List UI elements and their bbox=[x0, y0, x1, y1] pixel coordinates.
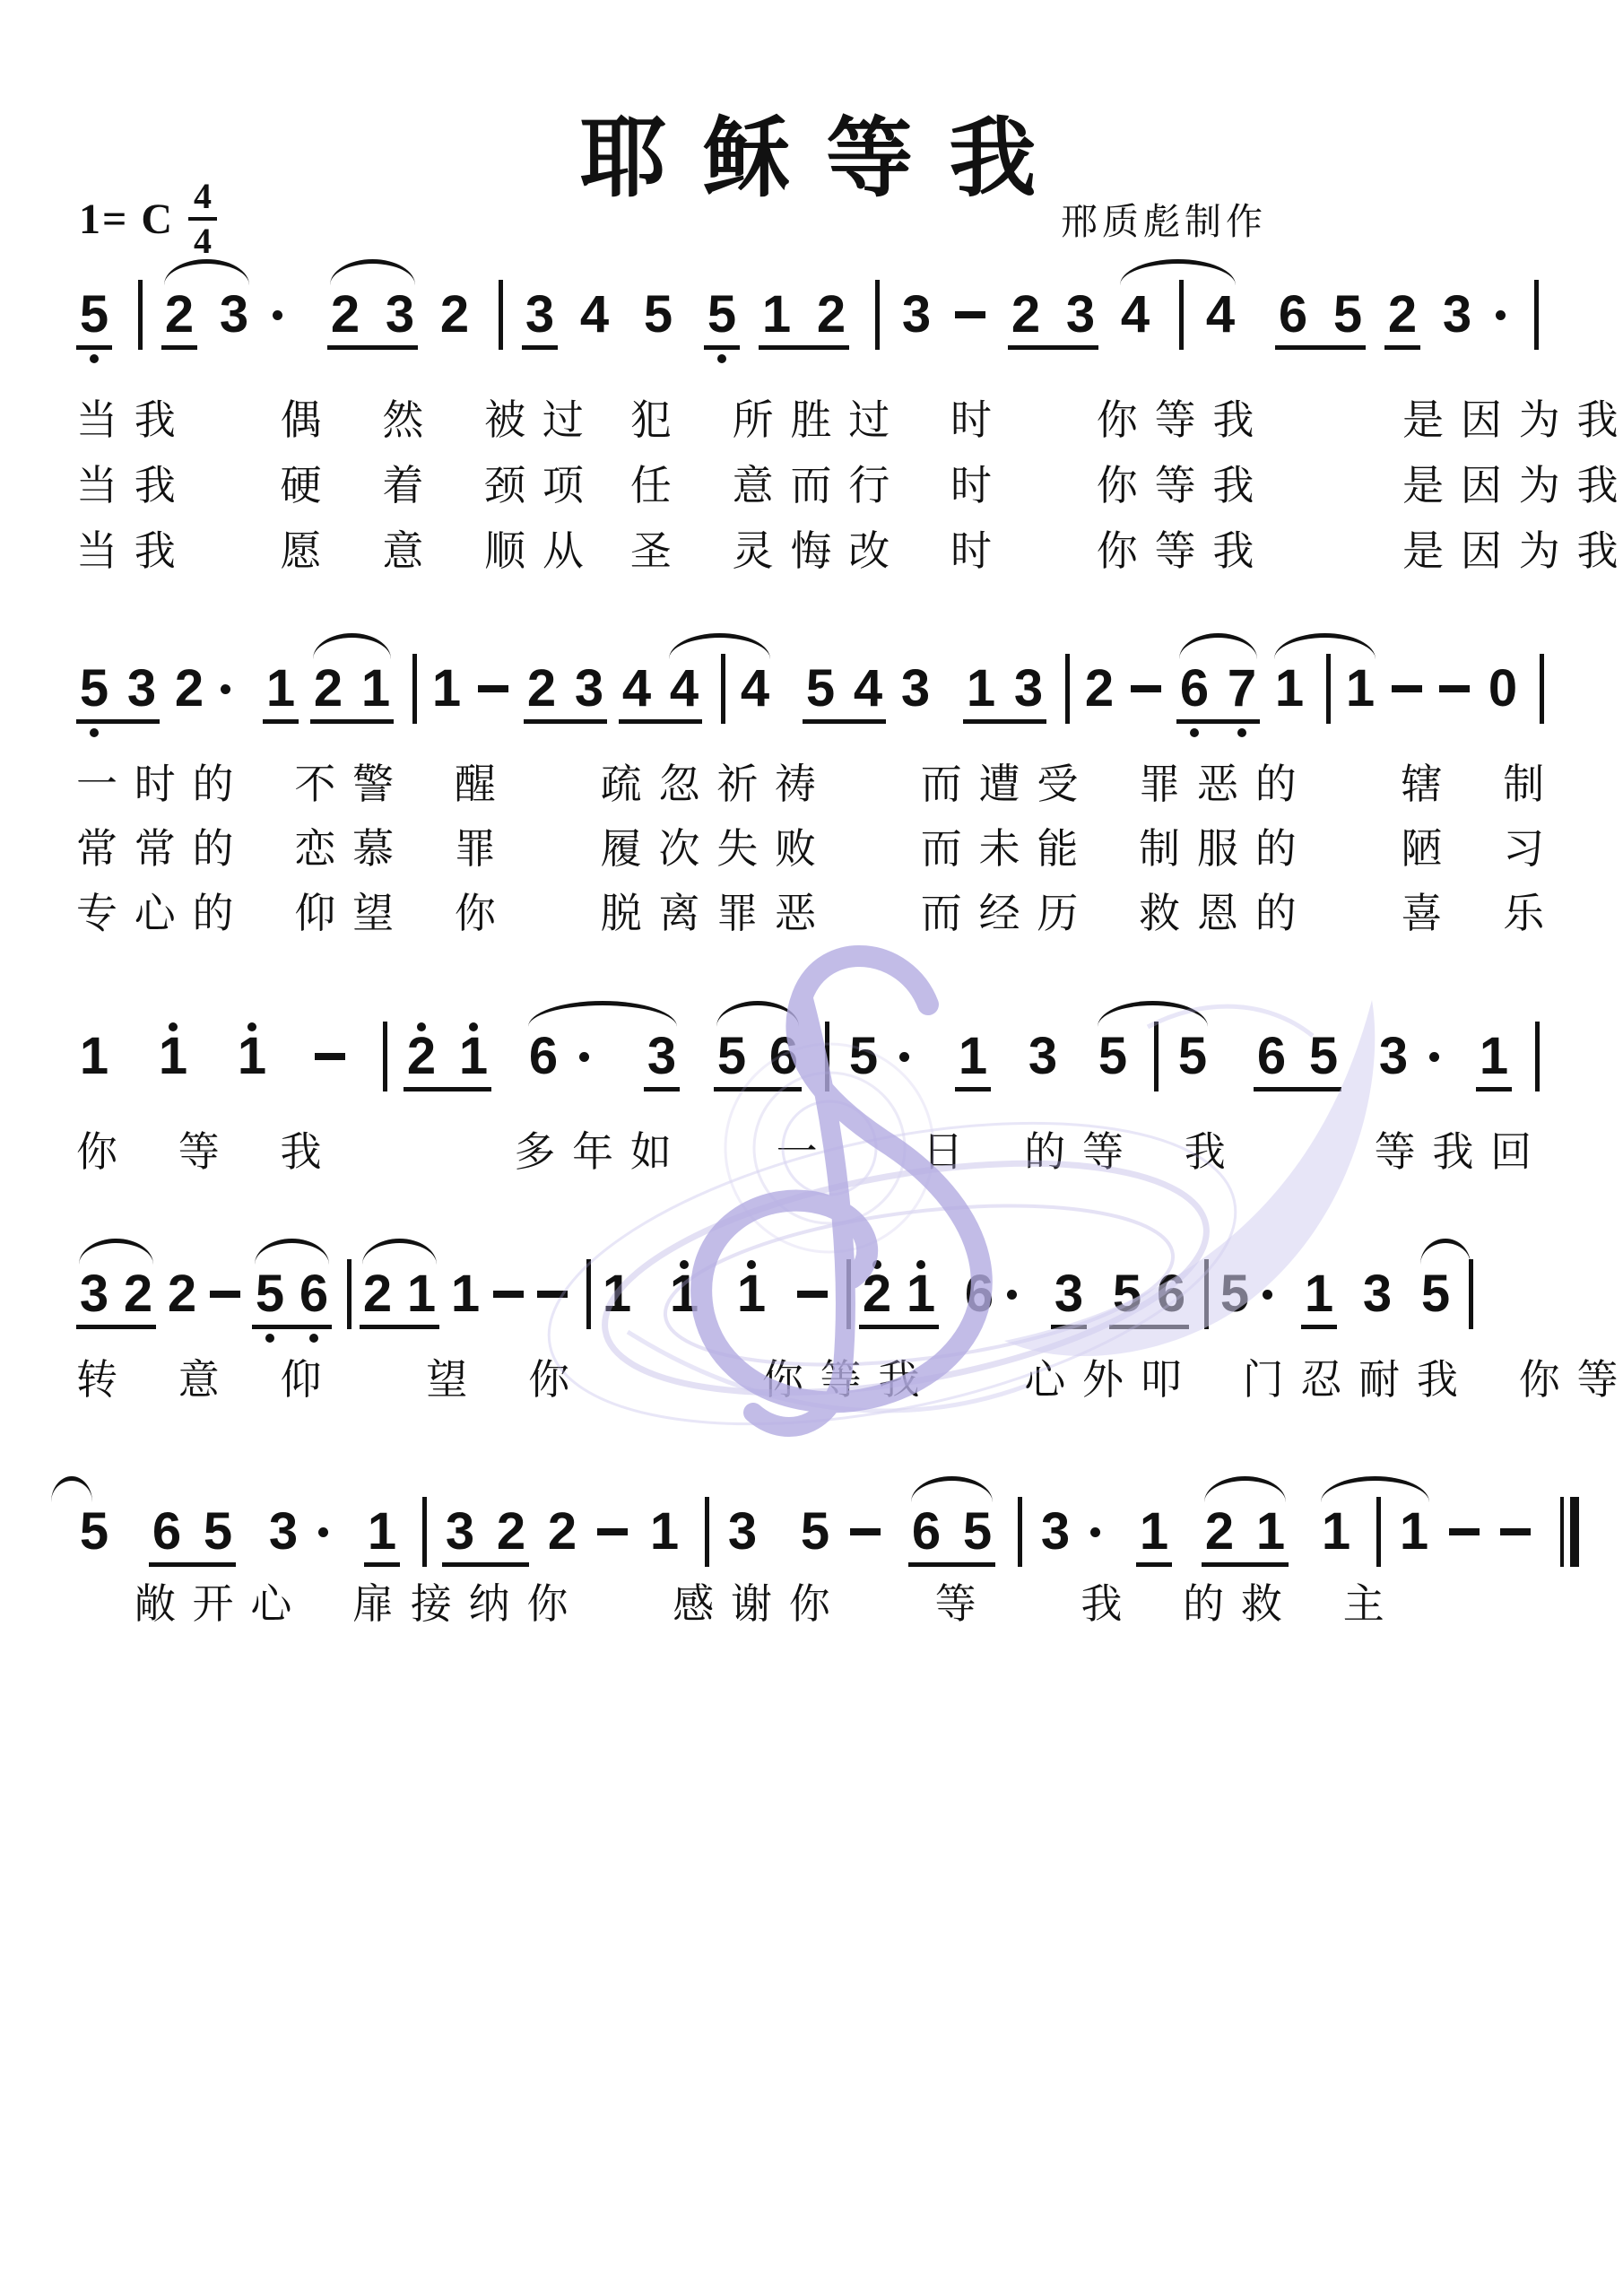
slur-tie-arc bbox=[528, 1001, 677, 1027]
note-digit: 5 bbox=[797, 1503, 833, 1561]
note-digit: 2 bbox=[310, 660, 346, 717]
augmentation-dot bbox=[317, 1503, 331, 1561]
note-digit: 3 bbox=[76, 1265, 112, 1323]
note-digit: 3 bbox=[124, 660, 160, 717]
note-digit: 5 bbox=[959, 1503, 995, 1561]
eighth-beam bbox=[1254, 1087, 1341, 1091]
note-digit: 4 bbox=[666, 660, 702, 717]
eighth-beam bbox=[1202, 1562, 1289, 1567]
eighth-beam bbox=[76, 719, 160, 724]
note-digit: 1 bbox=[1136, 1503, 1172, 1561]
lyric-line-8: 转 意 仰 望 你 你 等 我 心 外 叩 门 忍 耐 我 你 等 我 bbox=[76, 1347, 1623, 1406]
eighth-beam bbox=[1384, 345, 1420, 350]
note-digit: 1 bbox=[429, 660, 464, 717]
music-line-1-tokens: 523232345512323446523 bbox=[76, 254, 1558, 350]
music-line-2-tokens: 53212112344454313267110 bbox=[76, 628, 1556, 724]
eighth-beam bbox=[908, 1562, 995, 1567]
note-digit: 5 bbox=[200, 1503, 236, 1561]
slur-tie-arc bbox=[1420, 1239, 1471, 1265]
barline bbox=[586, 1259, 591, 1329]
note-digit: 5 bbox=[1175, 1028, 1211, 1085]
note-digit: 1 bbox=[1253, 1503, 1289, 1561]
note-digit: 1 bbox=[364, 1503, 400, 1561]
note-digit: 6 bbox=[1275, 286, 1311, 344]
eighth-beam bbox=[803, 719, 886, 724]
slur-tie-arc bbox=[1321, 1476, 1429, 1502]
note-digit: 5 bbox=[1330, 286, 1366, 344]
note-digit: 3 bbox=[1376, 1028, 1411, 1085]
slur-tie-arc bbox=[716, 1001, 799, 1027]
dash-extend bbox=[313, 1028, 349, 1085]
barline bbox=[347, 1259, 352, 1329]
augmentation-dot bbox=[219, 660, 233, 717]
augmentation-dot bbox=[898, 1028, 912, 1085]
barline bbox=[422, 1497, 427, 1567]
dash-extend bbox=[795, 1265, 831, 1323]
barline bbox=[1540, 654, 1544, 724]
barline bbox=[721, 654, 725, 724]
note-digit: 6 bbox=[1176, 660, 1212, 717]
eighth-beam bbox=[644, 1087, 680, 1091]
note-digit: 6 bbox=[525, 1028, 561, 1085]
note-digit: 2 bbox=[813, 286, 849, 344]
lyric-line-5: 常 常 的 恋 慕 罪 履 次 失 败 而 未 能 制 服 的 陋 习 bbox=[76, 816, 1547, 875]
note-digit: 1 bbox=[1342, 660, 1378, 717]
note-digit: 3 bbox=[1037, 1503, 1073, 1561]
augmentation-dot bbox=[271, 286, 285, 344]
note-digit: 2 bbox=[1081, 660, 1117, 717]
barline bbox=[1376, 1497, 1381, 1567]
slur-tie-arc bbox=[1274, 633, 1376, 659]
note-digit: 3 bbox=[1011, 660, 1046, 717]
note-digit: 0 bbox=[1485, 660, 1521, 717]
barline bbox=[825, 1022, 829, 1091]
lyric-line-1: 当 我 偶 然 被 过 犯 所 胜 过 时 你 等 我 是 因 为 我 bbox=[76, 387, 1620, 447]
note-digit: 1 bbox=[647, 1503, 682, 1561]
music-line-4-tokens: 322562111112163565135 bbox=[76, 1233, 1481, 1329]
note-digit: 1 bbox=[903, 1265, 939, 1323]
note-digit: 2 bbox=[544, 1503, 580, 1561]
eighth-beam bbox=[404, 1087, 491, 1091]
eighth-beam bbox=[1275, 345, 1366, 350]
note-digit: 2 bbox=[437, 286, 473, 344]
note-digit: 1 bbox=[155, 1028, 191, 1085]
eighth-beam bbox=[1136, 1562, 1172, 1567]
note-digit: 1 bbox=[263, 660, 299, 717]
slur-tie-arc bbox=[669, 633, 770, 659]
author-credit: 邢质彪制作 bbox=[1061, 192, 1267, 245]
note-digit: 5 bbox=[76, 660, 112, 717]
barline bbox=[1065, 654, 1070, 724]
note-digit: 2 bbox=[360, 1265, 395, 1323]
eighth-beam bbox=[524, 719, 607, 724]
eighth-beam bbox=[859, 1325, 939, 1329]
note-digit: 1 bbox=[404, 1265, 439, 1323]
barline bbox=[1534, 280, 1539, 350]
eighth-beam bbox=[161, 345, 197, 350]
eighth-beam bbox=[310, 719, 394, 724]
eighth-beam bbox=[1301, 1325, 1337, 1329]
slur-tie-arc bbox=[1120, 259, 1236, 285]
note-digit: 5 bbox=[76, 1503, 112, 1561]
note-digit: 2 bbox=[161, 286, 197, 344]
note-digit: 1 bbox=[733, 1265, 769, 1323]
final-barline bbox=[1560, 1497, 1579, 1567]
note-digit: 1 bbox=[358, 660, 394, 717]
note-digit: 5 bbox=[76, 286, 112, 344]
barline bbox=[1154, 1022, 1159, 1091]
note-digit: 1 bbox=[1271, 660, 1307, 717]
eighth-beam bbox=[1008, 345, 1098, 350]
lyric-line-9: 敞 开 心 扉 接 纳 你 感 谢 你 等 我 的 救 主 bbox=[76, 1571, 1387, 1631]
eighth-beam bbox=[714, 1087, 802, 1091]
note-digit: 6 bbox=[766, 1028, 802, 1085]
note-digit: 6 bbox=[149, 1503, 185, 1561]
slur-tie-arc bbox=[79, 1239, 153, 1265]
note-digit: 1 bbox=[456, 1028, 491, 1085]
note-digit: 1 bbox=[76, 1028, 112, 1085]
note-digit: 4 bbox=[737, 660, 773, 717]
note-digit: 2 bbox=[1384, 286, 1420, 344]
note-digit: 3 bbox=[1359, 1265, 1395, 1323]
eighth-beam bbox=[76, 1325, 156, 1329]
lyric-line-7: 你 等 我 多 年 如 一 日 的 等 我 等 我 回 心 bbox=[76, 1119, 1623, 1178]
note-digit: 3 bbox=[1439, 286, 1475, 344]
eighth-beam bbox=[360, 1325, 439, 1329]
note-digit: 2 bbox=[327, 286, 363, 344]
note-digit: 4 bbox=[619, 660, 655, 717]
barline bbox=[1469, 1259, 1473, 1329]
barline bbox=[412, 654, 417, 724]
barline bbox=[875, 280, 880, 350]
eighth-beam bbox=[1476, 1087, 1512, 1091]
eighth-beam bbox=[327, 345, 418, 350]
song-title: 耶 稣 等 我 bbox=[0, 88, 1623, 213]
dash-extend bbox=[1437, 660, 1473, 717]
eighth-beam bbox=[252, 1325, 332, 1329]
slur-tie-arc bbox=[255, 1239, 329, 1265]
slur-tie-arc bbox=[164, 259, 249, 285]
time-numerator: 4 bbox=[188, 178, 217, 221]
note-digit: 3 bbox=[644, 1028, 680, 1085]
barline bbox=[705, 1497, 709, 1567]
note-digit: 2 bbox=[404, 1028, 439, 1085]
note-digit: 1 bbox=[1301, 1265, 1337, 1323]
note-digit: 1 bbox=[666, 1265, 702, 1323]
note-digit: 1 bbox=[447, 1265, 483, 1323]
dash-extend bbox=[208, 1265, 244, 1323]
note-digit: 1 bbox=[963, 660, 999, 717]
eighth-beam bbox=[1051, 1325, 1087, 1329]
dash-extend bbox=[476, 660, 512, 717]
dash-extend bbox=[595, 1503, 631, 1561]
augmentation-dot bbox=[1428, 1028, 1442, 1085]
dash-extend bbox=[491, 1265, 527, 1323]
eighth-beam bbox=[1176, 719, 1260, 724]
slur-tie-arc bbox=[1098, 1001, 1208, 1027]
note-digit: 5 bbox=[1418, 1265, 1454, 1323]
note-digit: 5 bbox=[846, 1028, 881, 1085]
note-digit: 5 bbox=[1306, 1028, 1341, 1085]
eighth-beam bbox=[955, 1087, 991, 1091]
barline bbox=[499, 280, 503, 350]
note-digit: 1 bbox=[1476, 1028, 1512, 1085]
barline bbox=[1204, 1259, 1209, 1329]
note-digit: 2 bbox=[164, 1265, 200, 1323]
note-digit: 2 bbox=[120, 1265, 156, 1323]
barline bbox=[383, 1022, 387, 1091]
note-digit: 1 bbox=[599, 1265, 635, 1323]
augmentation-dot bbox=[1494, 286, 1508, 344]
slur-tie-arc bbox=[1179, 633, 1257, 659]
note-digit: 5 bbox=[714, 1028, 750, 1085]
barline bbox=[1326, 654, 1331, 724]
barline bbox=[138, 280, 143, 350]
note-digit: 3 bbox=[571, 660, 607, 717]
note-digit: 6 bbox=[1153, 1265, 1189, 1323]
lyric-line-3: 当 我 愿 意 顺 从 圣 灵 悔 改 时 你 等 我 是 因 为 我 bbox=[76, 518, 1620, 578]
dash-extend bbox=[1447, 1503, 1483, 1561]
dash-extend bbox=[535, 1265, 571, 1323]
note-digit: 4 bbox=[1202, 286, 1238, 344]
slur-tie-arc bbox=[1204, 1476, 1286, 1502]
note-digit: 3 bbox=[382, 286, 418, 344]
note-digit: 3 bbox=[898, 660, 933, 717]
eighth-beam bbox=[442, 1562, 529, 1567]
note-digit: 3 bbox=[265, 1503, 301, 1561]
dash-extend bbox=[1129, 660, 1165, 717]
eighth-beam bbox=[76, 345, 112, 350]
eighth-beam bbox=[263, 719, 299, 724]
note-digit: 2 bbox=[493, 1503, 529, 1561]
eighth-beam bbox=[364, 1562, 400, 1567]
note-digit: 5 bbox=[1217, 1265, 1253, 1323]
eighth-beam bbox=[963, 719, 1046, 724]
note-digit: 3 bbox=[725, 1503, 760, 1561]
sheet-music-page: 耶 稣 等 我 1= C 4 4 邢质彪制作 52323234551232344… bbox=[0, 0, 1623, 2296]
note-digit: 3 bbox=[1025, 1028, 1061, 1085]
slur-tie-arc bbox=[362, 1239, 437, 1265]
note-digit: 7 bbox=[1224, 660, 1260, 717]
note-digit: 2 bbox=[1202, 1503, 1237, 1561]
note-digit: 1 bbox=[234, 1028, 270, 1085]
slur-tie-arc bbox=[330, 259, 415, 285]
note-digit: 5 bbox=[803, 660, 838, 717]
note-digit: 2 bbox=[859, 1265, 895, 1323]
note-digit: 2 bbox=[171, 660, 207, 717]
music-line-5-tokens: 5653132213565312111 bbox=[76, 1471, 1579, 1567]
note-digit: 5 bbox=[1095, 1028, 1131, 1085]
note-digit: 6 bbox=[908, 1503, 944, 1561]
eighth-beam bbox=[704, 345, 740, 350]
dash-extend bbox=[1390, 660, 1426, 717]
music-line-1: 523232345512323446523 bbox=[76, 254, 1558, 402]
note-digit: 5 bbox=[704, 286, 740, 344]
key-label: 1= C bbox=[79, 195, 174, 244]
slur-tie-arc bbox=[313, 633, 391, 659]
note-digit: 4 bbox=[850, 660, 886, 717]
augmentation-dot bbox=[1089, 1503, 1103, 1561]
dash-extend bbox=[953, 286, 989, 344]
lyric-line-4: 一 时 的 不 警 醒 疏 忽 祈 祷 而 遭 受 罪 恶 的 辖 制 bbox=[76, 752, 1547, 811]
note-digit: 6 bbox=[961, 1265, 997, 1323]
note-digit: 1 bbox=[955, 1028, 991, 1085]
lyric-line-2: 当 我 硬 着 颈 项 任 意 而 行 时 你 等 我 是 因 为 我 bbox=[76, 453, 1620, 512]
barline bbox=[1018, 1497, 1022, 1567]
barline bbox=[1535, 1022, 1540, 1091]
key-signature: 1= C 4 4 bbox=[79, 178, 217, 260]
barline bbox=[846, 1259, 851, 1329]
note-digit: 3 bbox=[1063, 286, 1098, 344]
eighth-beam bbox=[759, 345, 849, 350]
augmentation-dot bbox=[577, 1028, 592, 1085]
tie-from-previous-line bbox=[51, 1476, 92, 1502]
slur-tie-arc bbox=[911, 1476, 993, 1502]
note-digit: 6 bbox=[1254, 1028, 1289, 1085]
note-digit: 3 bbox=[216, 286, 252, 344]
note-digit: 2 bbox=[1008, 286, 1044, 344]
lyric-line-6: 专 心 的 仰 望 你 脱 离 罪 恶 而 经 历 救 恩 的 喜 乐 bbox=[76, 881, 1547, 940]
note-digit: 1 bbox=[1396, 1503, 1432, 1561]
music-line-3-tokens: 111216356513556531 bbox=[76, 996, 1556, 1091]
note-digit: 1 bbox=[759, 286, 794, 344]
eighth-beam bbox=[1109, 1325, 1189, 1329]
augmentation-dot bbox=[1261, 1265, 1275, 1323]
note-digit: 3 bbox=[522, 286, 558, 344]
note-digit: 5 bbox=[1109, 1265, 1145, 1323]
note-digit: 3 bbox=[1051, 1265, 1087, 1323]
dash-extend bbox=[1498, 1503, 1534, 1561]
dash-extend bbox=[848, 1503, 884, 1561]
note-digit: 4 bbox=[577, 286, 612, 344]
note-digit: 1 bbox=[1318, 1503, 1354, 1561]
eighth-beam bbox=[149, 1562, 236, 1567]
time-signature: 4 4 bbox=[188, 178, 217, 260]
note-digit: 6 bbox=[296, 1265, 332, 1323]
note-digit: 2 bbox=[524, 660, 560, 717]
barline bbox=[1179, 280, 1184, 350]
eighth-beam bbox=[619, 719, 702, 724]
note-digit: 5 bbox=[252, 1265, 288, 1323]
note-digit: 3 bbox=[442, 1503, 478, 1561]
note-digit: 5 bbox=[640, 286, 676, 344]
note-digit: 3 bbox=[898, 286, 934, 344]
eighth-beam bbox=[522, 345, 558, 350]
augmentation-dot bbox=[1005, 1265, 1020, 1323]
note-digit: 4 bbox=[1117, 286, 1153, 344]
